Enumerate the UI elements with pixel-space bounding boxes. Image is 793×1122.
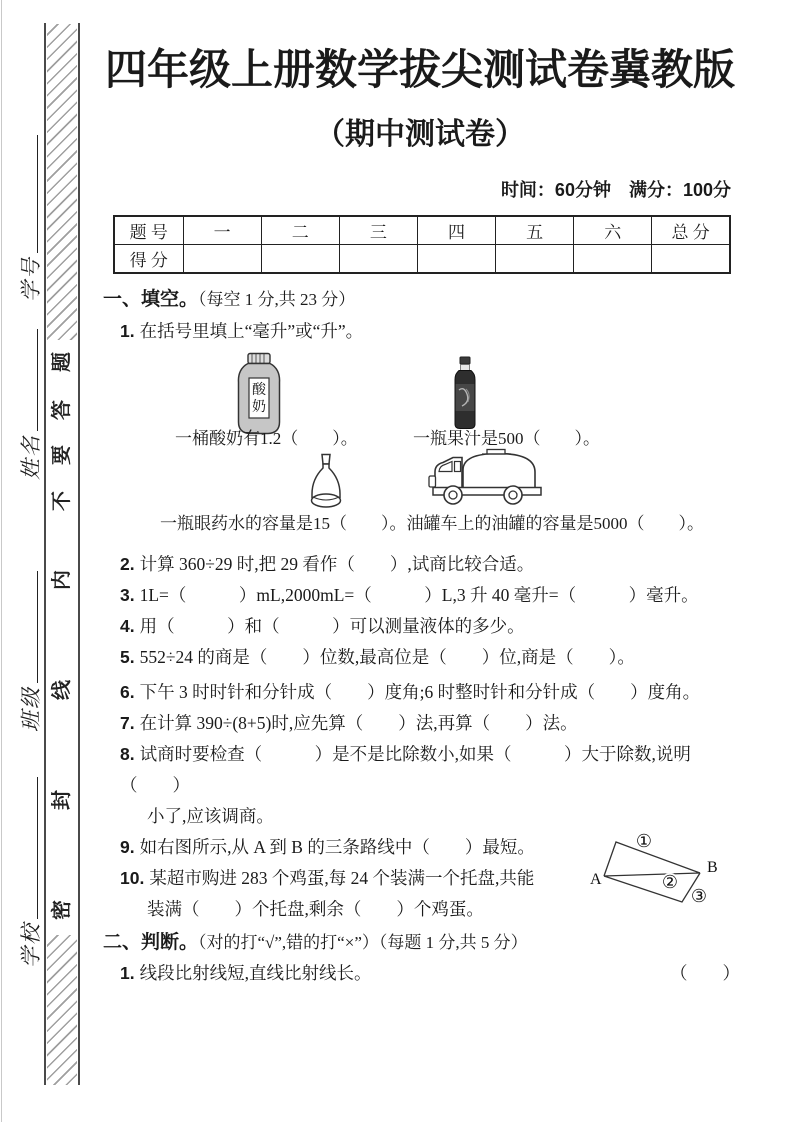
question-text: 小了,应该调商。 xyxy=(147,806,274,826)
paper-title: 四年级上册数学拔尖测试卷冀教版 xyxy=(100,45,740,95)
score-table-score-row: 得 分 xyxy=(114,245,730,274)
yogurt-label-text: 酸 xyxy=(252,382,267,398)
question-text: 在计算 390÷(8+5)时,应先算（ ）法,再算（ ）法。 xyxy=(140,713,578,733)
question-5: 5.552÷24 的商是（ ）位数,最高位是（ ）位,商是（ ）。 xyxy=(100,642,740,673)
question-number: 6. xyxy=(120,682,135,702)
score-table-header-cell: 一 xyxy=(183,216,261,245)
question-number: 7. xyxy=(120,713,135,733)
time-score-info: 时间：60分钟 满分：100分 xyxy=(100,179,740,201)
question-8: 8.试商时要检查（ ）是不是比除数小,如果（ ）大于除数,说明（ ） xyxy=(100,739,740,801)
question-text: 在括号里填上“毫升”或“升”。 xyxy=(140,321,364,341)
exam-paper-page: { "meta": { "paper_title": "四年级上册数学拔尖测试卷… xyxy=(0,0,793,1122)
class-label: 班级 xyxy=(15,571,45,732)
score-table-header-cell: 六 xyxy=(574,216,652,245)
fill-in-questions: 2.计算 360÷29 时,把 29 看作（ ）,试商比较合适。 3.1L=（ … xyxy=(100,549,740,925)
question-text: 计算 360÷29 时,把 29 看作（ ）,试商比较合适。 xyxy=(140,554,535,574)
student-id-label-text: 学号 xyxy=(19,256,43,302)
question-text: 552÷24 的商是（ ）位数,最高位是（ ）位,商是（ ）。 xyxy=(140,647,635,667)
name-label-text: 姓名 xyxy=(19,434,43,480)
juice-caption: 一瓶果汁是500（ ）。 xyxy=(413,424,600,449)
name-label: 姓名 xyxy=(15,329,45,480)
score-table-header-row: 题 号 一 二 三 四 五 六 总 分 xyxy=(114,216,730,245)
question-1-figures: 酸 奶 一桶酸奶有1.2（ ）。 一瓶果汁是500（ ）。 xyxy=(100,343,740,535)
seal-hatch-top xyxy=(47,24,77,340)
seal-hatch-bottom xyxy=(47,935,77,1085)
question-3: 3.1L=（ ）mL,2000mL=（ ）L,3 升 40 毫升=（ ）毫升。 xyxy=(100,580,740,611)
score-table: 题 号 一 二 三 四 五 六 总 分 得 分 xyxy=(113,215,731,274)
row2-caption: 一瓶眼药水的容量是15（ ）。油罐车上的油罐的容量是5000（ ）。 xyxy=(160,509,704,534)
question-text: 线段比射线短,直线比射线长。 xyxy=(140,963,372,983)
seal-text-char: 不 xyxy=(50,487,74,515)
question-text: 试商时要检查（ ）是不是比除数小,如果（ ）大于除数,说明（ ） xyxy=(120,744,691,795)
score-table-header-cell: 二 xyxy=(261,216,339,245)
score-table-header-cell: 四 xyxy=(417,216,495,245)
score-cell-empty xyxy=(417,245,495,274)
school-label-text: 学校 xyxy=(19,922,43,968)
score-cell-empty xyxy=(652,245,730,274)
question-number: 5. xyxy=(120,647,135,667)
question-number: 3. xyxy=(120,585,135,605)
question-number: 1. xyxy=(120,321,135,341)
question-number: 10. xyxy=(120,868,144,888)
answer-blank: （ ） xyxy=(670,958,740,989)
score-cell-empty xyxy=(183,245,261,274)
question-text: 用（ ）和（ ）可以测量液体的多少。 xyxy=(140,616,525,636)
score-table-header-cell: 题 号 xyxy=(114,216,183,245)
school-label: 学校 xyxy=(15,777,45,968)
score-cell-empty xyxy=(496,245,574,274)
question-9: 9.如右图所示,从 A 到 B 的三条路线中（ ）最短。 A B ① ② ③ xyxy=(100,832,740,863)
score-table-header-cell: 三 xyxy=(339,216,417,245)
question-4: 4.用（ ）和（ ）可以测量液体的多少。 xyxy=(100,611,740,642)
page-edge-line xyxy=(1,0,2,1122)
section1-heading: 一、填空。（每空 1 分,共 23 分） xyxy=(100,288,740,311)
question-text: 1L=（ ）mL,2000mL=（ ）L,3 升 40 毫升=（ ）毫升。 xyxy=(140,585,699,605)
question-1: 1.在括号里填上“毫升”或“升”。 xyxy=(100,320,740,343)
seal-text-char: 封 xyxy=(50,786,74,814)
class-blank-line xyxy=(34,571,38,683)
score-cell-empty xyxy=(261,245,339,274)
seal-text-char: 题 xyxy=(50,348,74,376)
question-10: 10.某超市购进 283 个鸡蛋,每 24 个装满一个托盘,共能 xyxy=(100,863,740,894)
question-text: 如右图所示,从 A 到 B 的三条路线中（ ）最短。 xyxy=(140,837,535,857)
question-2: 2.计算 360÷29 时,把 29 看作（ ）,试商比较合适。 xyxy=(100,549,740,580)
score-table-header-cell: 五 xyxy=(496,216,574,245)
question-6: 6.下午 3 时时针和分针成（ ）度角;6 时整时针和分针成（ ）度角。 xyxy=(100,677,740,708)
score-row-label: 得 分 xyxy=(114,245,183,274)
name-blank-line xyxy=(34,329,38,431)
juice-bottle-illustration xyxy=(451,356,479,430)
seal-line-left-rule xyxy=(44,23,46,1085)
section2-heading-title: 二、判断。 xyxy=(103,932,198,953)
judge-question-1: 1.线段比射线短,直线比射线长。 （ ） xyxy=(100,958,740,989)
question-10-line2: 装满（ ）个托盘,剩余（ ）个鸡蛋。 xyxy=(100,894,740,925)
question-number: 8. xyxy=(120,744,135,764)
yogurt-caption: 一桶酸奶有1.2（ ）。 xyxy=(175,424,358,449)
question-number: 2. xyxy=(120,554,135,574)
score-table-header-cell: 总 分 xyxy=(652,216,730,245)
question-number: 4. xyxy=(120,616,135,636)
seal-line-right-rule xyxy=(78,23,80,1085)
seal-text-char: 密 xyxy=(50,896,74,924)
question-text: 装满（ ）个托盘,剩余（ ）个鸡蛋。 xyxy=(147,899,484,919)
eye-drops-bottle-illustration xyxy=(306,453,346,509)
student-id-label: 学号 xyxy=(15,135,45,302)
score-cell-empty xyxy=(574,245,652,274)
question-text: 下午 3 时时针和分针成（ ）度角;6 时整时针和分针成（ ）度角。 xyxy=(140,682,701,702)
seal-text-char: 要 xyxy=(50,441,74,469)
oil-tank-truck-illustration xyxy=(425,448,549,506)
yogurt-label-text: 奶 xyxy=(252,399,266,415)
question-number: 1. xyxy=(120,963,135,983)
section1-heading-note: （每空 1 分,共 23 分） xyxy=(198,290,355,309)
school-blank-line xyxy=(34,777,38,919)
seal-text-char: 答 xyxy=(50,396,74,424)
question-number: 9. xyxy=(120,837,135,857)
seal-text-char: 线 xyxy=(50,676,74,704)
paper-subtitle: （期中测试卷） xyxy=(100,117,740,153)
question-text: 某超市购进 283 个鸡蛋,每 24 个装满一个托盘,共能 xyxy=(149,868,534,888)
section2-heading-note: （对的打“√”,错的打“×”）（每题 1 分,共 5 分） xyxy=(198,933,528,952)
class-label-text: 班级 xyxy=(19,686,43,732)
score-cell-empty xyxy=(339,245,417,274)
route-1-label: ① xyxy=(636,831,652,851)
section1-heading-title: 一、填空。 xyxy=(103,289,198,310)
section2-heading: 二、判断。（对的打“√”,错的打“×”）（每题 1 分,共 5 分） xyxy=(100,931,740,954)
question-7: 7.在计算 390÷(8+5)时,应先算（ ）法,再算（ ）法。 xyxy=(100,708,740,739)
judge-question-text: 1.线段比射线短,直线比射线长。 xyxy=(120,958,371,989)
student-id-blank-line xyxy=(34,135,38,253)
paper-content: 四年级上册数学拔尖测试卷冀教版 （期中测试卷） 时间：60分钟 满分：100分 … xyxy=(100,0,740,989)
seal-text-char: 内 xyxy=(50,566,74,594)
